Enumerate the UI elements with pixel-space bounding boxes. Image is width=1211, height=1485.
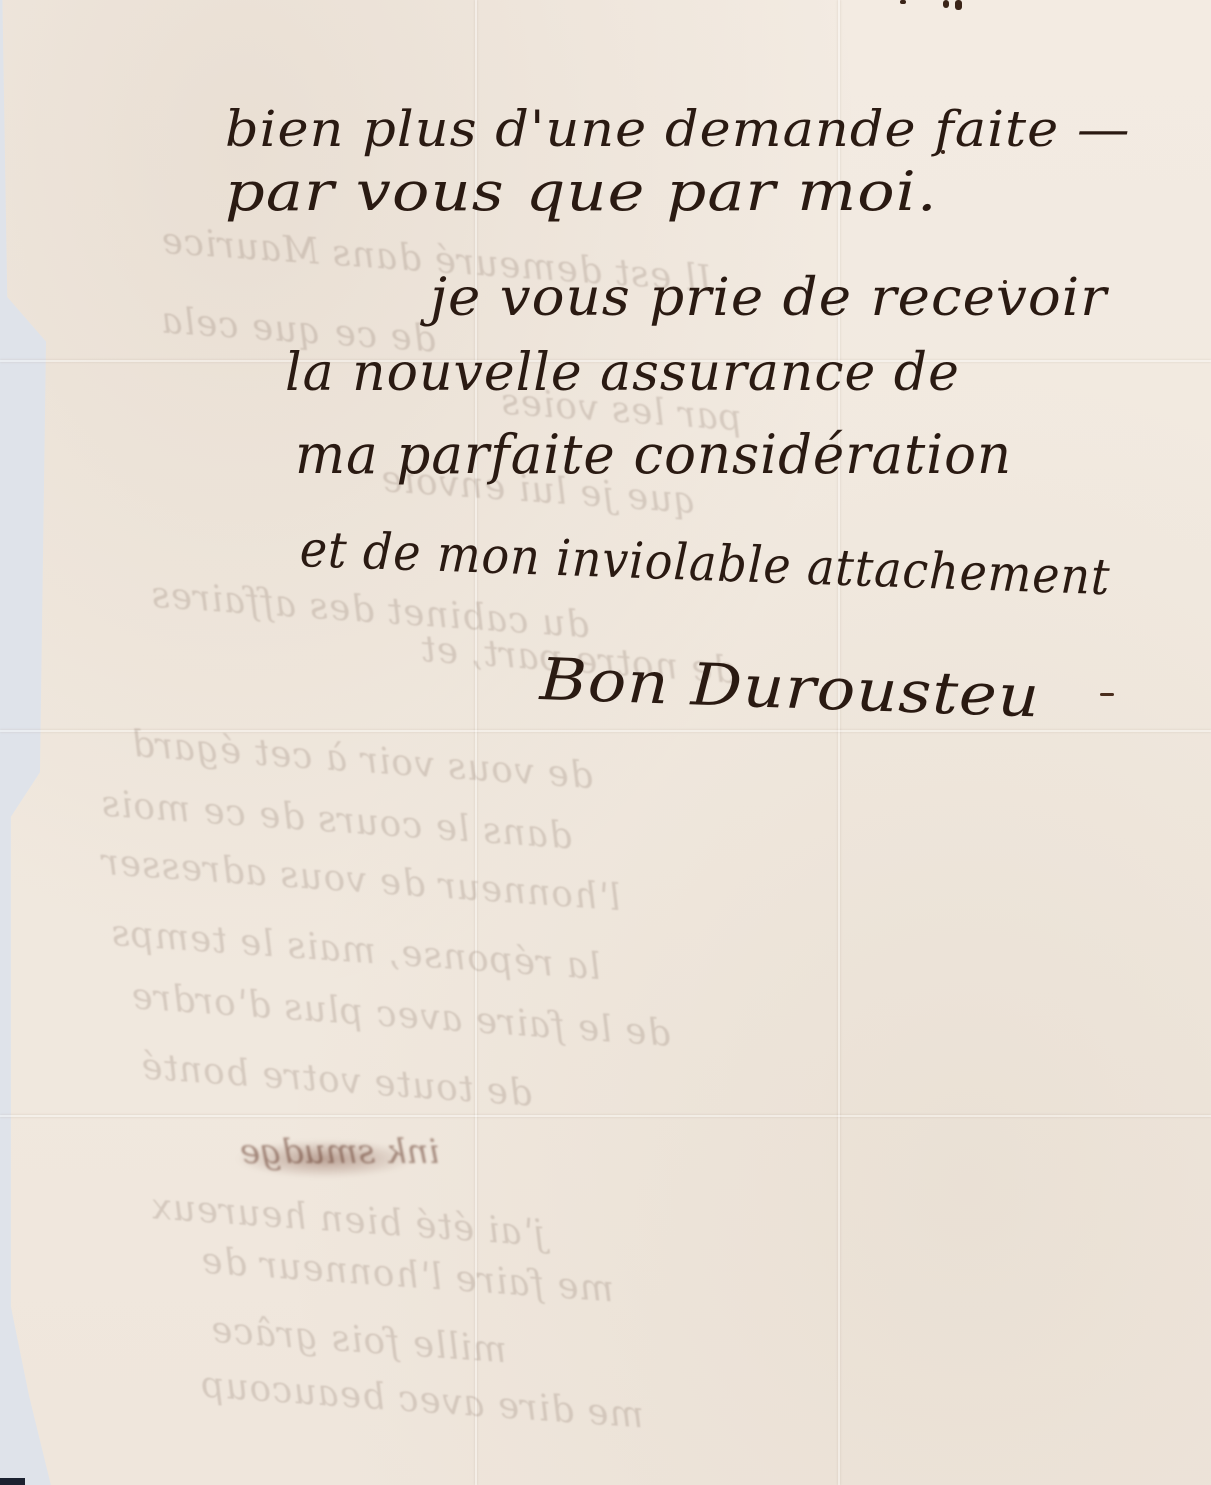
scan-background-corner bbox=[0, 1478, 25, 1485]
ink-speck bbox=[1003, 280, 1007, 284]
letter-line-5: ma parfaite considération bbox=[295, 423, 1012, 486]
letter-line-4: la nouvelle assurance de bbox=[285, 343, 960, 403]
letter-line-3: je vous prie de recevoir bbox=[430, 268, 1107, 328]
signature-flourish bbox=[1100, 693, 1114, 696]
ink-remnant bbox=[900, 0, 906, 4]
ink-speck bbox=[941, 150, 945, 154]
ink-remnant bbox=[943, 0, 949, 8]
fold-crease-horizontal bbox=[0, 1115, 1211, 1117]
letter-line-1: bien plus d'une demande faite — bbox=[225, 100, 1131, 158]
ink-smudge-text: ink smudge bbox=[240, 1132, 439, 1172]
letter-line-2: par vous que par moi. bbox=[225, 160, 938, 223]
ink-remnant bbox=[955, 0, 962, 10]
